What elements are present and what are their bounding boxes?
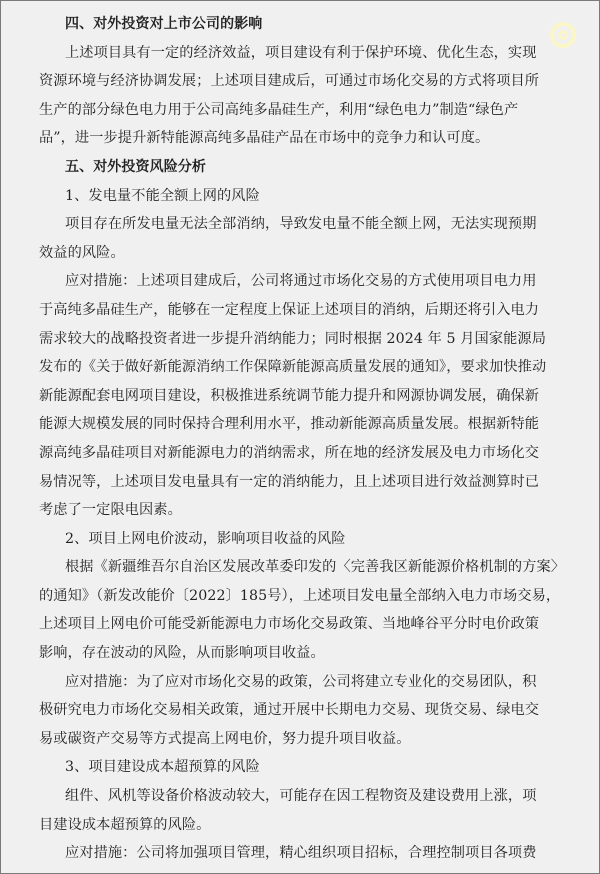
paragraph-line: 生产的部分绿色电力用于公司高纯多晶硅生产，利用“绿色电力”制造“绿色产 — [39, 96, 551, 125]
paragraph-line: 1、发电量不能全额上网的风险 — [39, 182, 551, 211]
paragraph-line: 应对措施：为了应对市场化交易的政策，公司将建立专业化的交易团队，积 — [39, 668, 551, 697]
paragraph-line: 发布的《关于做好新能源消纳工作保障新能源高质量发展的通知》，要求加快推动 — [39, 353, 551, 382]
circle-logo-icon — [550, 22, 576, 48]
paragraph-line: 影响，存在波动的风险，从而影响项目收益。 — [39, 639, 551, 668]
paragraph-line: 品”，进一步提升新特能源高纯多晶硅产品在市场中的竞争力和认可度。 — [39, 124, 551, 153]
paragraph-line: 项目存在所发电量无法全部消纳，导致发电量不能全额上网，无法实现预期 — [39, 210, 551, 239]
document-body: 四、对外投资对上市公司的影响上述项目具有一定的经济效益，项目建设有利于保护环境、… — [39, 10, 551, 868]
paragraph-line: 于高纯多晶硅生产，能够在一定程度上保证上述项目的消纳，后期还将引入电力 — [39, 296, 551, 325]
paragraph-line: 需求较大的战略投资者进一步提升消纳能力；同时根据 2024 年 5 月国家能源局 — [39, 325, 551, 354]
paragraph-line: 根据《新疆维吾尔自治区发展改革委印发的〈完善我区新能源价格机制的方案〉 — [39, 553, 551, 582]
paragraph-line: 上述项目具有一定的经济效益，项目建设有利于保护环境、优化生态，实现 — [39, 39, 551, 68]
paragraph-line: 极研究电力市场化交易相关政策，通过开展中长期电力交易、现货交易、绿电交 — [39, 696, 551, 725]
section-heading: 五、对外投资风险分析 — [39, 153, 551, 182]
paragraph-line: 源高纯多晶硅项目对新能源电力的消纳需求，所在地的经济发展及电力市场化交 — [39, 439, 551, 468]
paragraph-line: 应对措施：公司将加强项目管理，精心组织项目招标，合理控制项目各项费 — [39, 839, 551, 868]
paragraph-line: 组件、风机等设备价格波动较大，可能存在因工程物资及建设费用上涨，项 — [39, 782, 551, 811]
paragraph-line: 应对措施：上述项目建成后，公司将通过市场化交易的方式使用项目电力用 — [39, 267, 551, 296]
paragraph-line: 易情况等，上述项目发电量具有一定的消纳能力，且上述项目进行效益测算时已 — [39, 468, 551, 497]
section-heading: 四、对外投资对上市公司的影响 — [39, 10, 551, 39]
paragraph-line: 的通知》（新发改能价〔2022〕185号），上述项目发电量全部纳入电力市场交易， — [39, 582, 551, 611]
paragraph-line: 能源大规模发展的同时保持合理利用水平，推动新能源高质量发展。根据新特能 — [39, 410, 551, 439]
paragraph-line: 新能源配套电网项目建设，积极推进系统调节能力提升和网源协调发展，确保新 — [39, 382, 551, 411]
paragraph-line: 易或碳资产交易等方式提高上网电价，努力提升项目收益。 — [39, 725, 551, 754]
paragraph-line: 3、项目建设成本超预算的风险 — [39, 753, 551, 782]
paragraph-line: 上述项目上网电价可能受新能源电力市场化交易政策、当地峰谷平分时电价政策 — [39, 610, 551, 639]
paragraph-line: 考虑了一定限电因素。 — [39, 496, 551, 525]
document-page: 四、对外投资对上市公司的影响上述项目具有一定的经济效益，项目建设有利于保护环境、… — [0, 0, 600, 874]
paragraph-line: 效益的风险。 — [39, 239, 551, 268]
paragraph-line: 2、项目上网电价波动，影响项目收益的风险 — [39, 525, 551, 554]
paragraph-line: 资源环境与经济协调发展；上述项目建成后，可通过市场化交易的方式将项目所 — [39, 67, 551, 96]
paragraph-line: 目建设成本超预算的风险。 — [39, 811, 551, 840]
